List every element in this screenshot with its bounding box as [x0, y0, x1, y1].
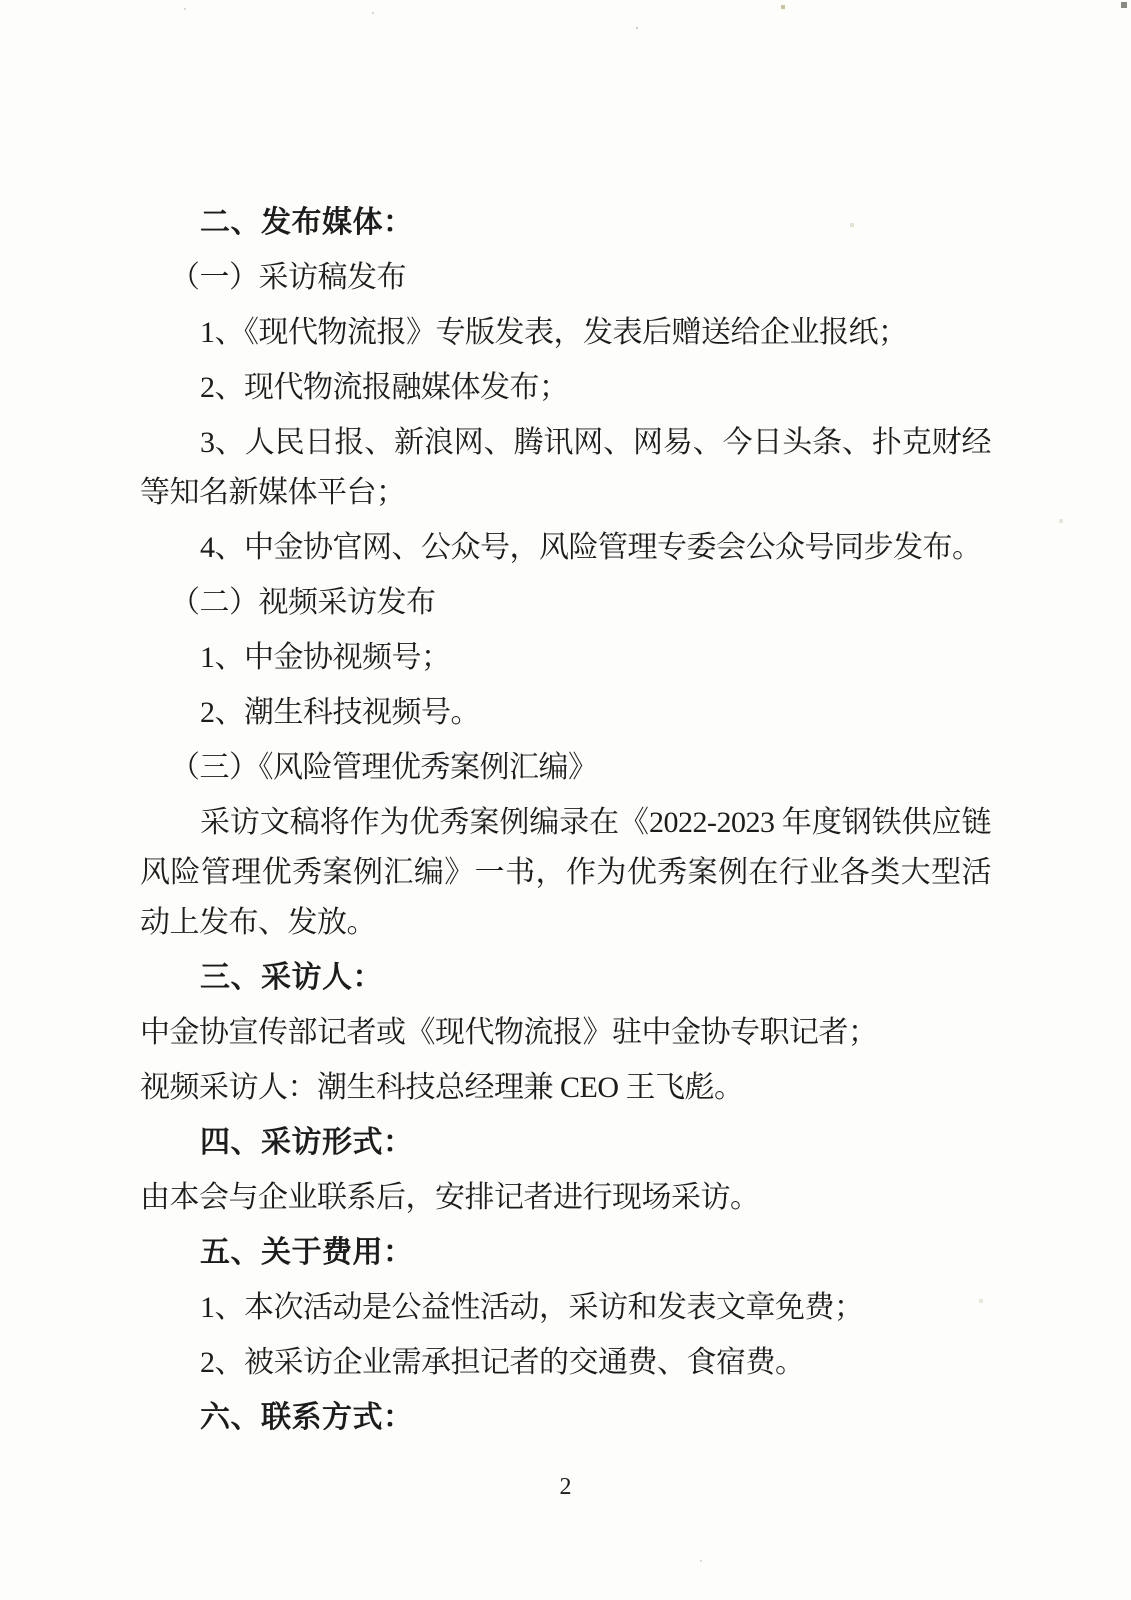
subsection-case-compilation: （三）《风险管理优秀案例汇编》 — [140, 743, 991, 793]
list-item: 3、人民日报、新浪网、腾讯网、网易、今日头条、扑克财经等知名新媒体平台； — [140, 418, 991, 518]
document-page: 二、发布媒体： （一）采访稿发布 1、《现代物流报》专版发表，发表后赠送给企业报… — [0, 0, 1131, 1600]
subsection-video-interview: （二）视频采访发布 — [140, 578, 991, 628]
list-item: 1、中金协视频号； — [140, 633, 991, 683]
paragraph-interviewer-video: 视频采访人：潮生科技总经理兼 CEO 王飞彪。 — [140, 1063, 991, 1113]
section-heading-fees: 五、关于费用： — [140, 1228, 991, 1278]
document-body: 二、发布媒体： （一）采访稿发布 1、《现代物流报》专版发表，发表后赠送给企业报… — [140, 198, 991, 1448]
list-item: 2、潮生科技视频号。 — [140, 688, 991, 738]
page-number: 2 — [0, 1474, 1131, 1501]
section-heading-publish-media: 二、发布媒体： — [140, 198, 991, 248]
paragraph-format: 由本会与企业联系后，安排记者进行现场采访。 — [140, 1173, 991, 1223]
list-item: 1、本次活动是公益性活动，采访和发表文章免费； — [140, 1283, 991, 1333]
list-item: 1、《现代物流报》专版发表，发表后赠送给企业报纸； — [140, 308, 991, 358]
scan-specks — [0, 0, 2, 2]
list-item: 2、被采访企业需承担记者的交通费、食宿费。 — [140, 1338, 991, 1388]
section-heading-interviewers: 三、采访人： — [140, 953, 991, 1003]
paragraph-interviewer-press: 中金协宣传部记者或《现代物流报》驻中金协专职记者； — [140, 1008, 991, 1058]
section-heading-contact: 六、联系方式： — [140, 1393, 991, 1443]
paragraph-case-compilation: 采访文稿将作为优秀案例编录在《2022-2023 年度钢铁供应链风险管理优秀案例… — [140, 798, 991, 948]
list-item: 2、现代物流报融媒体发布； — [140, 363, 991, 413]
list-item: 4、中金协官网、公众号，风险管理专委会公众号同步发布。 — [140, 523, 991, 573]
subsection-interview-article: （一）采访稿发布 — [140, 253, 991, 303]
section-heading-format: 四、采访形式： — [140, 1118, 991, 1168]
